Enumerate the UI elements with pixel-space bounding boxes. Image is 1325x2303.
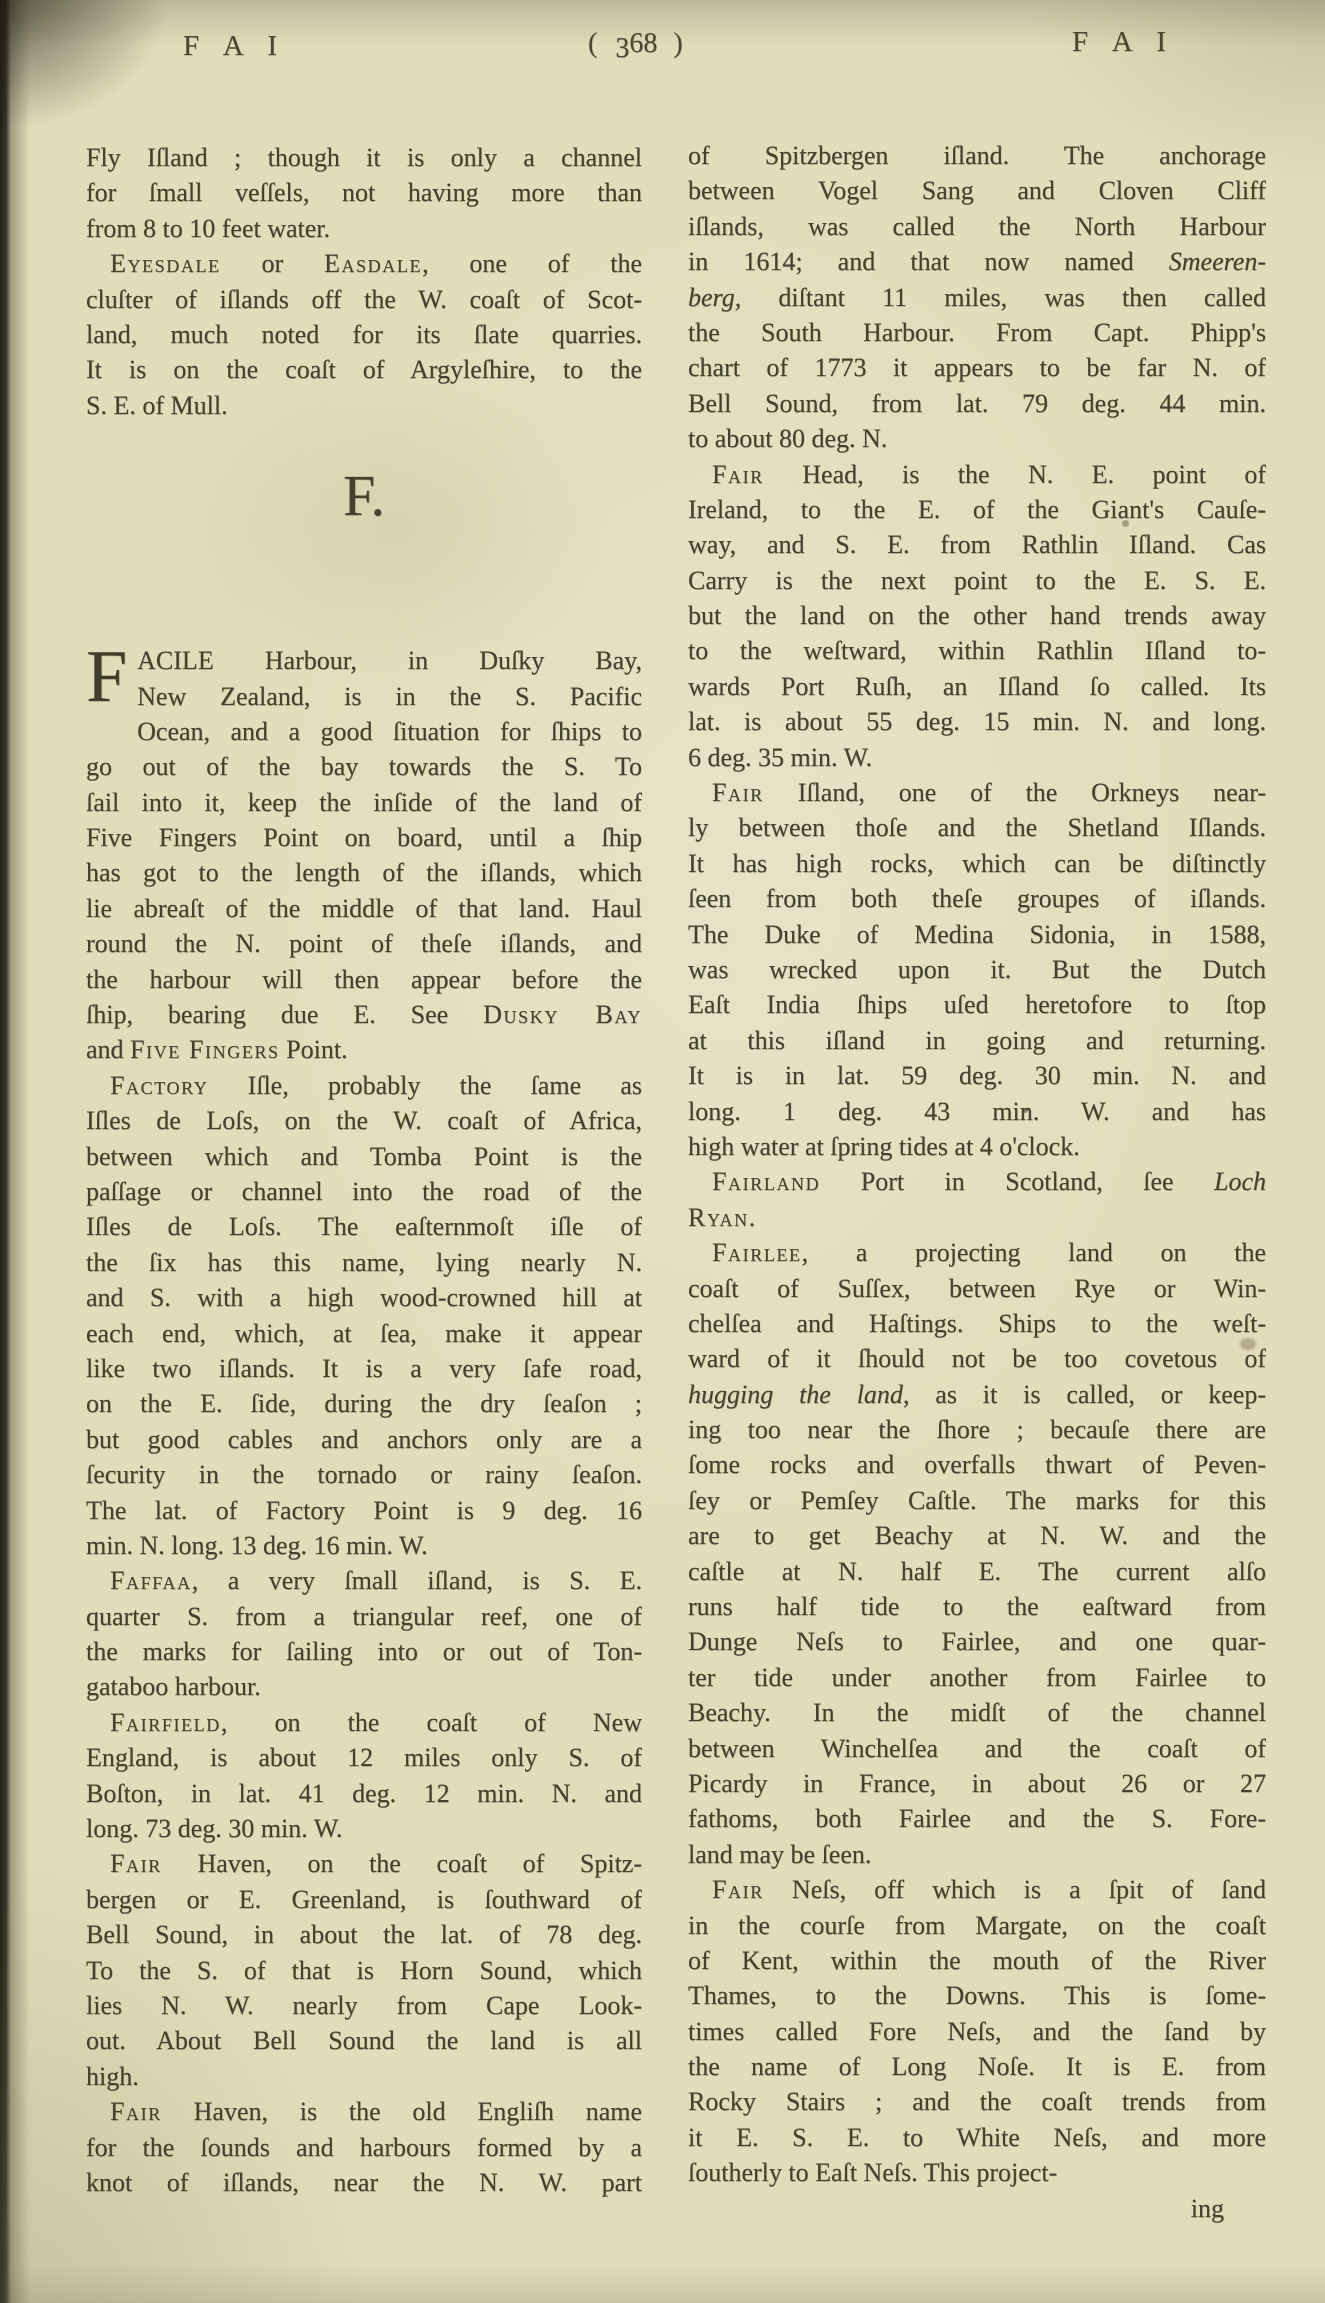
text-line: has got to the length of the iſlands, wh… xyxy=(86,855,642,890)
text-line: Carry is the next point to the E. S. E. xyxy=(688,563,1266,598)
headword: Dusky Bay xyxy=(483,1000,642,1029)
text-segment: for ſmall veſſels, not having more than xyxy=(86,178,642,207)
page-number-digit: 3 xyxy=(615,33,629,64)
text-segment: paſſage or channel into the road of the xyxy=(86,1177,642,1206)
text-line: gataboo harbour. xyxy=(86,1669,642,1704)
text-line: Ryan. xyxy=(688,1200,1266,1235)
text-segment: chelſea and Haſtings. Ships to the weſt- xyxy=(688,1309,1266,1338)
text-line: Fair Iſland, one of the Orkneys near- xyxy=(688,775,1266,810)
text-segment: knot of iſlands, near the N. W. part xyxy=(86,2168,642,2197)
text-segment: Rocky Stairs ; and the coaſt trends from xyxy=(688,2087,1266,2116)
text-line: ter tide under another from Fairlee to xyxy=(688,1660,1266,1695)
text-line: for ſmall veſſels, not having more than xyxy=(86,175,642,210)
headword: Eyesdale xyxy=(110,249,221,278)
text-segment: wards Port Ruſh, an Iſland ſo called. It… xyxy=(688,672,1266,701)
text-line: Bell Sound, in about the lat. of 78 deg. xyxy=(86,1917,642,1952)
drop-cap-letter: F xyxy=(86,644,127,714)
text-segment: was wrecked upon it. But the Dutch xyxy=(688,955,1266,984)
text-segment: Iſles de Loſs, on the W. coaſt of Africa… xyxy=(86,1106,642,1135)
text-segment: It has high rocks, which can be diſtinct… xyxy=(688,849,1266,878)
text-line: ing too near the ſhore ; becauſe there a… xyxy=(688,1412,1266,1447)
text-segment: ter tide under another from Fairlee to xyxy=(688,1663,1266,1692)
text-line: but good cables and anchors only are a xyxy=(86,1422,642,1457)
headword: Fair xyxy=(110,1849,162,1878)
headword: Fair xyxy=(110,2097,162,2126)
text-segment: Eaſt India ſhips uſed heretofore to ſtop xyxy=(688,990,1266,1019)
text-segment: land may be ſeen. xyxy=(688,1840,871,1869)
text-segment: Bell Sound, in about the lat. of 78 deg. xyxy=(86,1920,642,1949)
page-stain xyxy=(1240,1338,1256,1350)
text-segment: round the N. point of theſe iſlands, and xyxy=(86,929,642,958)
text-segment: ſey or Pemſey Caſtle. The marks for this xyxy=(688,1486,1266,1515)
left-column-upper-text: Fly Iſland ; though it is only a channel… xyxy=(86,140,642,423)
page-number: (368) xyxy=(588,28,683,60)
text-segment: the name of Long Noſe. It is E. from xyxy=(688,2052,1266,2081)
text-segment: long. 73 deg. 30 min. W. xyxy=(86,1814,342,1843)
text-segment: out. About Bell Sound the land is all xyxy=(86,2026,642,2055)
text-line: Bell Sound, from lat. 79 deg. 44 min. xyxy=(688,386,1266,421)
text-segment: way, and S. E. from Rathlin Iſland. Cas xyxy=(688,530,1266,559)
text-segment: , a very ſmall iſland, is S. E. xyxy=(192,1566,642,1595)
text-segment: are to get Beachy at N. W. and the xyxy=(688,1521,1266,1550)
text-segment: It is on the coaſt of Argyleſhire, to th… xyxy=(86,355,642,384)
text-segment: but the land on the other hand trends aw… xyxy=(688,601,1266,630)
right-column-text: of Spitzbergen iſland. The anchoragebetw… xyxy=(688,138,1266,2191)
text-line: in 1614; and that now named Smeeren- xyxy=(688,244,1266,279)
text-segment: Bell Sound, from lat. 79 deg. 44 min. xyxy=(688,389,1266,418)
text-segment: Carry is the next point to the E. S. E. xyxy=(688,566,1266,595)
text-line: ſeen from both theſe groupes of iſlands. xyxy=(688,881,1266,916)
text-line: ward of it ſhould not be too covetous of xyxy=(688,1341,1266,1376)
text-line: Five Fingers Point on board, until a ſhi… xyxy=(86,820,642,855)
text-line: ſhip, bearing due E. See Dusky Bay xyxy=(86,997,642,1032)
text-line: runs half tide to the eaſtward from xyxy=(688,1589,1266,1624)
text-line: between which and Tomba Point is the xyxy=(86,1139,642,1174)
headword: Fairlee xyxy=(712,1238,802,1267)
text-segment: iſlands, was called the North Harbour xyxy=(688,212,1266,241)
text-line: ſecurity in the tornado or rainy ſeaſon. xyxy=(86,1457,642,1492)
text-line: ſoutherly to Eaſt Neſs. This project- xyxy=(688,2155,1266,2190)
headword: Fair xyxy=(712,460,764,489)
text-segment: or xyxy=(221,249,324,278)
text-segment: , a projecting land on the xyxy=(802,1238,1266,1267)
text-segment: in 1614; and that now named xyxy=(688,247,1169,276)
text-segment: The lat. of Factory Point is 9 deg. 16 xyxy=(86,1496,642,1525)
text-line: the harbour will then appear before the xyxy=(86,962,642,997)
text-line: Fair Haven, on the coaſt of Spitz- xyxy=(86,1846,642,1881)
text-segment: It is in lat. 59 deg. 30 min. N. and xyxy=(688,1061,1266,1090)
text-line: Thames, to the Downs. This is ſome- xyxy=(688,1978,1266,2013)
text-line: ſome rocks and overfalls thwart of Peven… xyxy=(688,1447,1266,1482)
text-segment: coaſt of Suſſex, between Rye or Win- xyxy=(688,1274,1266,1303)
text-segment: long. 1 deg. 43 min. W. and has xyxy=(688,1097,1266,1126)
text-segment: ſecurity in the tornado or rainy ſeaſon. xyxy=(86,1460,642,1489)
text-segment: the South Harbour. From Capt. Phipp's xyxy=(688,318,1266,347)
text-segment: Haven, is the old Engliſh name xyxy=(162,2097,642,2126)
text-line: between Winchelſea and the coaſt of xyxy=(688,1731,1266,1766)
text-segment: ſhip, bearing due E. See xyxy=(86,1000,483,1029)
text-line: land, much noted for its ſlate quarries. xyxy=(86,317,642,352)
paren-open-glyph: ( xyxy=(588,28,597,59)
text-line: it E. S. E. to White Neſs, and more xyxy=(688,2120,1266,2155)
text-line: caſtle at N. half E. The current alſo xyxy=(688,1554,1266,1589)
right-column: of Spitzbergen iſland. The anchoragebetw… xyxy=(688,138,1266,2226)
left-column-lower-lines: ACILE Harbour, in Duſky Bay,New Zealand,… xyxy=(86,643,642,2200)
text-segment: has got to the length of the iſlands, wh… xyxy=(86,858,642,887)
text-line: long. 1 deg. 43 min. W. and has xyxy=(688,1094,1266,1129)
text-line: in the courſe from Margate, on the coaſt xyxy=(688,1908,1266,1943)
text-segment: , as it is called, or keep- xyxy=(903,1380,1266,1409)
text-segment: Ocean, and a good ſituation for ſhips to xyxy=(137,717,642,746)
text-line: ACILE Harbour, in Duſky Bay, xyxy=(137,643,642,678)
text-segment: chart of 1773 it appears to be far N. of xyxy=(688,353,1266,382)
text-line: ſail into it, keep the inſide of the lan… xyxy=(86,785,642,820)
text-line: Ocean, and a good ſituation for ſhips to xyxy=(137,714,642,749)
text-line: coaſt of Suſſex, between Rye or Win- xyxy=(688,1271,1266,1306)
text-segment: in the courſe from Margate, on the coaſt xyxy=(688,1911,1266,1940)
text-segment: Dunge Neſs to Fairlee, and one quar- xyxy=(688,1627,1266,1656)
text-segment: and S. with a high wood-crowned hill at xyxy=(86,1283,642,1312)
text-line: each end, which, at ſea, make it appear xyxy=(86,1316,642,1351)
text-segment: Beachy. In the midſt of the channel xyxy=(688,1698,1266,1727)
text-segment: , on the coaſt of New xyxy=(221,1708,642,1737)
text-line: out. About Bell Sound the land is all xyxy=(86,2023,642,2058)
book-page: F A I (368) F A I Fly Iſland ; though it… xyxy=(0,0,1325,2303)
headword: Fair xyxy=(712,778,764,807)
text-line: ſey or Pemſey Caſtle. The marks for this xyxy=(688,1483,1266,1518)
text-segment: the ſix has this name, lying nearly N. xyxy=(86,1248,642,1277)
text-line: Fairlee, a projecting land on the xyxy=(688,1235,1266,1270)
text-line: to the weſtward, within Rathlin Iſland t… xyxy=(688,633,1266,668)
text-line: quarter S. from a triangular reef, one o… xyxy=(86,1599,642,1634)
text-line: the name of Long Noſe. It is E. from xyxy=(688,2049,1266,2084)
text-line: long. 73 deg. 30 min. W. xyxy=(86,1811,642,1846)
left-column: Fly Iſland ; though it is only a channel… xyxy=(86,140,642,2200)
page-stain xyxy=(1122,520,1129,527)
text-line: times called Fore Neſs, and the ſand by xyxy=(688,2014,1266,2049)
text-line: It has high rocks, which can be diſtinct… xyxy=(688,846,1266,881)
text-line: wards Port Ruſh, an Iſland ſo called. It… xyxy=(688,669,1266,704)
text-segment: the harbour will then appear before the xyxy=(86,965,642,994)
text-segment: ſeen from both theſe groupes of iſlands. xyxy=(688,884,1266,913)
text-segment: but good cables and anchors only are a xyxy=(86,1425,642,1454)
text-line: lies N. W. nearly from Cape Look- xyxy=(86,1988,642,2023)
text-segment: at this iſland in going and returning. xyxy=(688,1026,1266,1055)
text-line: was wrecked upon it. But the Dutch xyxy=(688,952,1266,987)
text-segment: for the ſounds and harbours formed by a xyxy=(86,2133,642,2162)
text-line: Fairfield, on the coaſt of New xyxy=(86,1705,642,1740)
text-line: between Vogel Sang and Cloven Cliff xyxy=(688,173,1266,208)
text-segment: . xyxy=(749,1203,756,1232)
text-segment: between which and Tomba Point is the xyxy=(86,1142,642,1171)
text-line: Beachy. In the midſt of the channel xyxy=(688,1695,1266,1730)
text-segment: Smeeren- xyxy=(1169,247,1266,276)
text-segment: high water at ſpring tides at 4 o'clock. xyxy=(688,1132,1080,1161)
text-line: on the E. ſide, during the dry ſeaſon ; xyxy=(86,1386,642,1421)
text-segment: England, is about 12 miles only S. of xyxy=(86,1743,642,1772)
text-line: The Duke of Medina Sidonia, in 1588, xyxy=(688,917,1266,952)
text-segment: lies N. W. nearly from Cape Look- xyxy=(86,1991,642,2020)
text-line: Picardy in France, in about 26 or 27 xyxy=(688,1766,1266,1801)
text-segment: S. E. of Mull. xyxy=(86,391,228,420)
text-line: Fair Head, is the N. E. point of xyxy=(688,457,1266,492)
text-segment: land, much noted for its ſlate quarries. xyxy=(86,320,642,349)
text-segment: Fly Iſland ; though it is only a channel xyxy=(86,143,642,172)
text-segment: ſail into it, keep the inſide of the lan… xyxy=(86,788,642,817)
text-segment: the marks for ſailing into or out of Ton… xyxy=(86,1637,642,1666)
text-segment: Neſs, off which is a ſpit of ſand xyxy=(764,1875,1266,1904)
text-segment: ACILE Harbour, in Duſky Bay, xyxy=(137,646,642,675)
text-line: The lat. of Factory Point is 9 deg. 16 xyxy=(86,1493,642,1528)
text-line: of Kent, within the mouth of the River xyxy=(688,1943,1266,1978)
text-line: Dunge Neſs to Fairlee, and one quar- xyxy=(688,1624,1266,1659)
text-segment: Point. xyxy=(280,1035,348,1064)
text-segment: to about 80 deg. N. xyxy=(688,424,887,453)
text-line: hugging the land, as it is called, or ke… xyxy=(688,1377,1266,1412)
headword: Fairland xyxy=(712,1167,820,1196)
text-line: like two iſlands. It is a very ſafe road… xyxy=(86,1351,642,1386)
text-segment: ſome rocks and overfalls thwart of Peven… xyxy=(688,1450,1266,1479)
text-line: cluſter of iſlands off the W. coaſt of S… xyxy=(86,282,642,317)
text-segment: Iſle, probably the ſame as xyxy=(208,1071,642,1100)
headword: Ryan xyxy=(688,1203,749,1232)
text-line: chart of 1773 it appears to be far N. of xyxy=(688,350,1266,385)
text-line: England, is about 12 miles only S. of xyxy=(86,1740,642,1775)
text-segment: ward of it ſhould not be too covetous of xyxy=(688,1344,1266,1373)
text-segment: bergen or E. Greenland, is ſouthward of xyxy=(86,1885,642,1914)
text-line: to about 80 deg. N. xyxy=(688,421,1266,456)
text-segment: Port in Scotland, ſee xyxy=(820,1167,1214,1196)
text-line: are to get Beachy at N. W. and the xyxy=(688,1518,1266,1553)
text-line: the ſix has this name, lying nearly N. xyxy=(86,1245,642,1280)
text-segment: high. xyxy=(86,2062,139,2091)
text-segment: New Zealand, is in the S. Pacific xyxy=(137,682,642,711)
text-line: fathoms, both Fairlee and the S. Fore- xyxy=(688,1801,1266,1836)
text-segment: from 8 to 10 feet water. xyxy=(86,214,330,243)
text-segment: times called Fore Neſs, and the ſand by xyxy=(688,2017,1266,2046)
text-segment: it E. S. E. to White Neſs, and more xyxy=(688,2123,1266,2152)
text-line: Fairland Port in Scotland, ſee Loch xyxy=(688,1164,1266,1199)
text-segment: lat. is about 55 deg. 15 min. N. and lon… xyxy=(688,707,1266,736)
text-line: go out of the bay towards the S. To xyxy=(86,749,642,784)
text-segment: on the E. ſide, during the dry ſeaſon ; xyxy=(86,1389,642,1418)
running-title-left: F A I xyxy=(183,30,286,63)
text-segment: diſtant 11 miles, was then called xyxy=(741,283,1266,312)
catchword: ing xyxy=(688,2191,1266,2226)
text-segment: Head, is the N. E. point of xyxy=(764,460,1266,489)
text-segment: ing too near the ſhore ; becauſe there a… xyxy=(688,1415,1266,1444)
text-segment: min. N. long. 13 deg. 16 min. W. xyxy=(86,1531,428,1560)
running-title-right: F A I xyxy=(1072,26,1175,59)
text-segment: go out of the bay towards the S. To xyxy=(86,752,642,781)
text-line: Fair Haven, is the old Engliſh name xyxy=(86,2094,642,2129)
text-line: and Five Fingers Point. xyxy=(86,1032,642,1067)
text-line: To the S. of that is Horn Sound, which xyxy=(86,1953,642,1988)
text-line: and S. with a high wood-crowned hill at xyxy=(86,1280,642,1315)
text-line: Fly Iſland ; though it is only a channel xyxy=(86,140,642,175)
text-line: but the land on the other hand trends aw… xyxy=(688,598,1266,633)
text-line: Faffaa, a very ſmall iſland, is S. E. xyxy=(86,1563,642,1598)
text-segment: , one of the xyxy=(422,249,642,278)
text-line: iſlands, was called the North Harbour xyxy=(688,209,1266,244)
text-segment: fathoms, both Fairlee and the S. Fore- xyxy=(688,1804,1266,1833)
text-segment: quarter S. from a triangular reef, one o… xyxy=(86,1602,642,1631)
text-segment: 6 deg. 35 min. W. xyxy=(688,743,872,772)
page-header: F A I (368) F A I xyxy=(0,0,1325,90)
text-segment: runs half tide to the eaſtward from xyxy=(688,1592,1266,1621)
text-line: lat. is about 55 deg. 15 min. N. and lon… xyxy=(688,704,1266,739)
text-segment: Picardy in France, in about 26 or 27 xyxy=(688,1769,1266,1798)
text-segment: and xyxy=(86,1035,130,1064)
text-line: berg, diſtant 11 miles, was then called xyxy=(688,280,1266,315)
paren-close-glyph: ) xyxy=(673,28,682,59)
headword: Faffaa xyxy=(110,1566,192,1595)
text-line: Rocky Stairs ; and the coaſt trends from xyxy=(688,2084,1266,2119)
headword: Factory xyxy=(110,1071,208,1100)
text-segment: Boſton, in lat. 41 deg. 12 min. N. and xyxy=(86,1779,642,1808)
section-heading-letter: F. xyxy=(86,465,642,527)
text-line: the marks for ſailing into or out of Ton… xyxy=(86,1634,642,1669)
text-line: high. xyxy=(86,2059,642,2094)
text-line: ly between thoſe and the Shetland Iſland… xyxy=(688,810,1266,845)
text-segment: ſoutherly to Eaſt Neſs. This project- xyxy=(688,2158,1057,2187)
text-segment: to the weſtward, within Rathlin Iſland t… xyxy=(688,636,1266,665)
text-line: 6 deg. 35 min. W. xyxy=(688,740,1266,775)
text-line: at this iſland in going and returning. xyxy=(688,1023,1266,1058)
text-line: knot of iſlands, near the N. W. part xyxy=(86,2165,642,2200)
headword: Easdale xyxy=(324,249,422,278)
text-segment: berg, xyxy=(688,283,741,312)
text-segment: between Winchelſea and the coaſt of xyxy=(688,1734,1266,1763)
text-segment: hugging the land xyxy=(688,1380,903,1409)
text-segment: Thames, to the Downs. This is ſome- xyxy=(688,1981,1266,2010)
text-segment: caſtle at N. half E. The current alſo xyxy=(688,1557,1266,1586)
text-line: Boſton, in lat. 41 deg. 12 min. N. and xyxy=(86,1776,642,1811)
text-segment: of Kent, within the mouth of the River xyxy=(688,1946,1266,1975)
text-segment: Ireland, to the E. of the Giant's Cauſe- xyxy=(688,495,1266,524)
text-line: min. N. long. 13 deg. 16 min. W. xyxy=(86,1528,642,1563)
headword: Fairfield xyxy=(110,1708,221,1737)
text-segment: like two iſlands. It is a very ſafe road… xyxy=(86,1354,642,1383)
text-line: land may be ſeen. xyxy=(688,1837,1266,1872)
page-stain xyxy=(1023,1108,1028,1113)
page-number-digits: 68 xyxy=(629,28,657,59)
text-line: the South Harbour. From Capt. Phipp's xyxy=(688,315,1266,350)
text-segment: of Spitzbergen iſland. The anchorage xyxy=(688,141,1266,170)
text-segment: Loch xyxy=(1214,1167,1266,1196)
text-line: chelſea and Haſtings. Ships to the weſt- xyxy=(688,1306,1266,1341)
text-segment: Iſland, one of the Orkneys near- xyxy=(764,778,1266,807)
text-line: for the ſounds and harbours formed by a xyxy=(86,2130,642,2165)
text-line: round the N. point of theſe iſlands, and xyxy=(86,926,642,961)
text-line: paſſage or channel into the road of the xyxy=(86,1174,642,1209)
text-line: lie abreaſt of the middle of that land. … xyxy=(86,891,642,926)
text-line: Eaſt India ſhips uſed heretofore to ſtop xyxy=(688,987,1266,1022)
text-segment: Five Fingers Point on board, until a ſhi… xyxy=(86,823,642,852)
text-line: Ireland, to the E. of the Giant's Cauſe- xyxy=(688,492,1266,527)
text-line: Iſles de Loſs. The eaſternmoſt iſle of xyxy=(86,1209,642,1244)
text-line: Eyesdale or Easdale, one of the xyxy=(86,246,642,281)
text-segment: Iſles de Loſs. The eaſternmoſt iſle of xyxy=(86,1212,642,1241)
text-segment: cluſter of iſlands off the W. coaſt of S… xyxy=(86,285,642,314)
text-line: It is in lat. 59 deg. 30 min. N. and xyxy=(688,1058,1266,1093)
text-segment: To the S. of that is Horn Sound, which xyxy=(86,1956,642,1985)
text-line: Factory Iſle, probably the ſame as xyxy=(86,1068,642,1103)
text-line: from 8 to 10 feet water. xyxy=(86,211,642,246)
text-segment: each end, which, at ſea, make it appear xyxy=(86,1319,642,1348)
headword: Fair xyxy=(712,1875,764,1904)
text-segment: Haven, on the coaſt of Spitz- xyxy=(162,1849,642,1878)
text-segment: ly between thoſe and the Shetland Iſland… xyxy=(688,813,1266,842)
text-line: way, and S. E. from Rathlin Iſland. Cas xyxy=(688,527,1266,562)
text-line: Iſles de Loſs, on the W. coaſt of Africa… xyxy=(86,1103,642,1138)
text-segment: lie abreaſt of the middle of that land. … xyxy=(86,894,642,923)
text-line: high water at ſpring tides at 4 o'clock. xyxy=(688,1129,1266,1164)
left-column-lower-text: F ACILE Harbour, in Duſky Bay,New Zealan… xyxy=(86,643,642,2200)
text-segment: gataboo harbour. xyxy=(86,1672,261,1701)
headword: Five Fingers xyxy=(130,1035,280,1064)
text-line: New Zealand, is in the S. Pacific xyxy=(137,679,642,714)
text-segment: The Duke of Medina Sidonia, in 1588, xyxy=(688,920,1266,949)
text-line: It is on the coaſt of Argyleſhire, to th… xyxy=(86,352,642,387)
text-line: of Spitzbergen iſland. The anchorage xyxy=(688,138,1266,173)
text-line: Fair Neſs, off which is a ſpit of ſand xyxy=(688,1872,1266,1907)
text-line: bergen or E. Greenland, is ſouthward of xyxy=(86,1882,642,1917)
text-line: S. E. of Mull. xyxy=(86,388,642,423)
text-segment: between Vogel Sang and Cloven Cliff xyxy=(688,176,1266,205)
